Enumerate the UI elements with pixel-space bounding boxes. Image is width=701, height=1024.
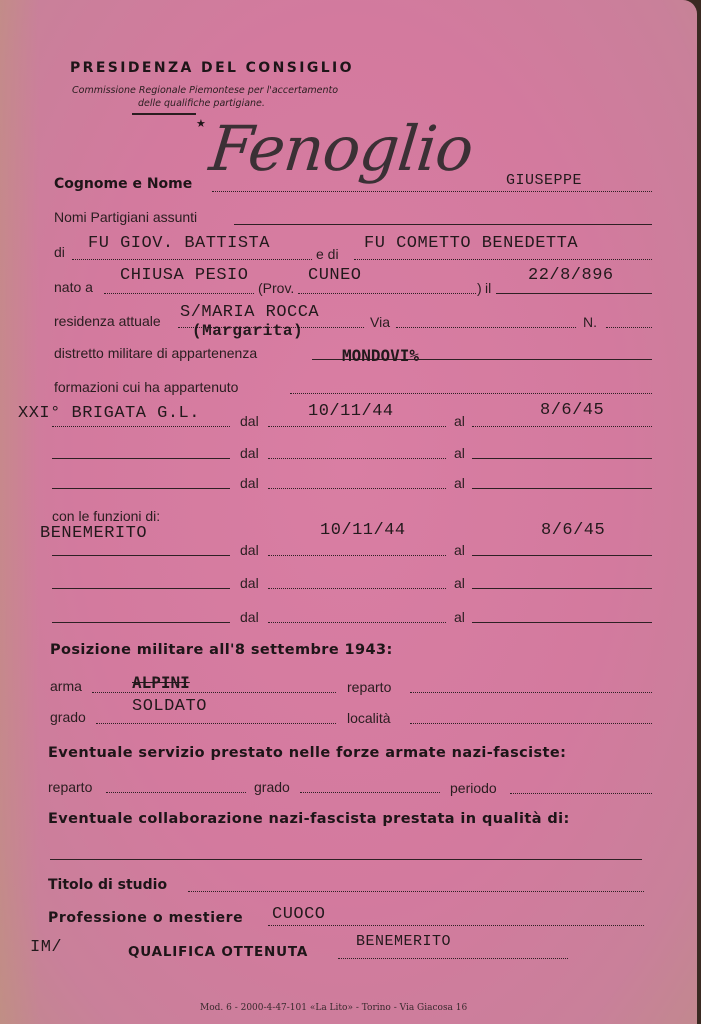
n-line[interactable] (606, 327, 652, 328)
collaborazione-line[interactable] (50, 859, 642, 860)
funzione-dal[interactable]: 10/11/44 (320, 521, 406, 540)
servizio-heading: Eventuale servizio prestato nelle forze … (48, 745, 566, 761)
province-value[interactable]: CUNEO (308, 266, 362, 285)
formazione-name-line[interactable] (52, 458, 230, 459)
funzione-name[interactable]: BENEMERITO (40, 524, 147, 543)
arma-value[interactable]: ALPINI (132, 673, 190, 692)
distretto-value[interactable]: MONDOVI% (342, 346, 419, 365)
al-line[interactable] (472, 622, 652, 623)
qualifica-line (338, 958, 568, 959)
al-label: al (454, 575, 465, 591)
al-label: al (454, 475, 465, 491)
father-value[interactable]: FU GIOV. BATTISTA (88, 234, 270, 253)
arma-label: arma (50, 678, 82, 694)
father-line (72, 259, 312, 260)
formazioni-line (290, 393, 652, 394)
professione-label: Professione o mestiere (48, 910, 243, 926)
prov-close-label: ) (477, 280, 482, 296)
al-line[interactable] (472, 458, 652, 459)
formazione-name-line (52, 426, 230, 427)
first-name-value[interactable]: GIUSEPPE (506, 172, 582, 189)
dal-line[interactable] (268, 488, 446, 489)
dal-label: dal (240, 575, 259, 591)
header-divider (132, 113, 196, 115)
formazione-dal[interactable]: 10/11/44 (308, 402, 394, 421)
al-label: al (454, 609, 465, 625)
professione-value[interactable]: CUOCO (272, 905, 326, 924)
al-label: al (454, 445, 465, 461)
dal-line (268, 555, 446, 556)
servizio-grado-label: grado (254, 779, 290, 795)
funzione-name-line (52, 555, 230, 556)
residenza-value[interactable]: S/MARIA ROCCA (180, 303, 319, 322)
surname-handwritten[interactable]: Fenoglio (206, 112, 476, 185)
formazioni-label: formazioni cui ha appartenuto (54, 379, 238, 395)
residenza-label: residenza attuale (54, 313, 161, 329)
qualifica-label: QUALIFICA OTTENUTA (128, 944, 308, 960)
al-line (472, 426, 652, 427)
qualifica-value[interactable]: BENEMERITO (356, 933, 451, 950)
al-line[interactable] (472, 588, 652, 589)
localita-label: località (347, 710, 391, 726)
funzione-al[interactable]: 8/6/45 (541, 521, 605, 540)
grado-value[interactable]: SOLDATO (132, 697, 207, 716)
collaborazione-heading: Eventuale collaborazione nazi-fascista p… (48, 811, 570, 827)
cognome-nome-line (212, 191, 652, 192)
formazione-name[interactable]: XXI° BRIGATA G.L. (18, 404, 200, 423)
prov-label: (Prov. (258, 280, 294, 296)
reparto-label: reparto (347, 679, 391, 695)
via-label: Via (370, 314, 390, 330)
grado-line (96, 723, 336, 724)
localita-line[interactable] (410, 723, 652, 724)
professione-line (268, 925, 644, 926)
nato-a-label: nato a (54, 279, 93, 295)
di-label: di (54, 244, 65, 260)
servizio-reparto-label: reparto (48, 779, 92, 795)
arma-line (92, 692, 336, 693)
cognome-nome-label: Cognome e Nome (54, 176, 192, 192)
dal-line[interactable] (268, 458, 446, 459)
via-line[interactable] (396, 327, 576, 328)
dal-label: dal (240, 475, 259, 491)
header-title: PRESIDENZA DEL CONSIGLIO (70, 60, 354, 76)
posizione-militare-heading: Posizione militare all'8 settembre 1943: (50, 642, 393, 658)
dal-label: dal (240, 542, 259, 558)
servizio-periodo-line[interactable] (510, 793, 652, 794)
dal-line[interactable] (268, 588, 446, 589)
titolo-studio-label: Titolo di studio (48, 877, 167, 893)
n-label: N. (583, 314, 597, 330)
funzioni-label: con le funzioni di: (52, 508, 160, 524)
residenza-value-line2[interactable]: (Margarita) (192, 322, 303, 340)
servizio-periodo-label: periodo (450, 780, 497, 796)
formazione-name-line[interactable] (52, 488, 230, 489)
il-label: il (485, 280, 491, 296)
distretto-label: distretto militare di appartenenza (54, 345, 257, 361)
birthdate-line (496, 293, 652, 294)
header-subtitle-1: Commissione Regionale Piemontese per l'a… (72, 85, 338, 96)
reparto-line[interactable] (410, 692, 652, 693)
mother-value[interactable]: FU COMETTO BENEDETTA (364, 234, 578, 253)
qualifica-prefix: IM/ (30, 938, 62, 957)
al-line (472, 555, 652, 556)
grado-label: grado (50, 709, 86, 725)
form-sheet: PRESIDENZA DEL CONSIGLIO Commissione Reg… (0, 0, 697, 1024)
titolo-studio-line[interactable] (188, 891, 644, 892)
al-label: al (454, 413, 465, 429)
star-icon: ★ (196, 117, 206, 130)
mother-line (354, 259, 652, 260)
header-subtitle-2: delle qualifiche partigiane. (138, 98, 265, 109)
birthplace-value[interactable]: CHIUSA PESIO (120, 266, 248, 285)
al-label: al (454, 542, 465, 558)
dal-label: dal (240, 445, 259, 461)
formazione-al[interactable]: 8/6/45 (540, 401, 604, 420)
birthdate-value[interactable]: 22/8/896 (528, 266, 614, 285)
dal-line[interactable] (268, 622, 446, 623)
servizio-grado-line[interactable] (300, 792, 440, 793)
nomi-partigiani-line[interactable] (234, 224, 652, 225)
dal-label: dal (240, 609, 259, 625)
dal-line (268, 426, 446, 427)
birthplace-line (104, 293, 254, 294)
funzione-name-line[interactable] (52, 588, 230, 589)
printer-footer: Mod. 6 - 2000-4-47-101 «La Lito» - Torin… (200, 1003, 467, 1013)
province-line (298, 293, 476, 294)
al-line[interactable] (472, 488, 652, 489)
e-di-label: e di (316, 246, 339, 262)
dal-label: dal (240, 413, 259, 429)
funzione-name-line[interactable] (52, 622, 230, 623)
servizio-reparto-line[interactable] (106, 792, 246, 793)
nomi-partigiani-label: Nomi Partigiani assunti (54, 209, 197, 225)
